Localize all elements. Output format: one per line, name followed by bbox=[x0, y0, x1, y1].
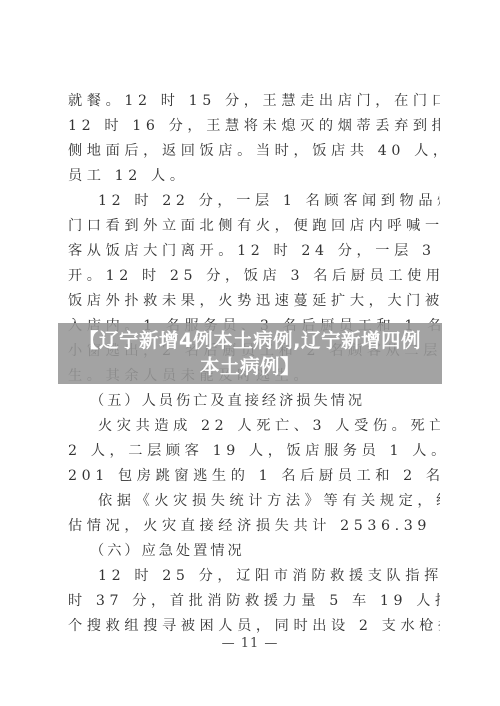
text-line: 客从饭店大门离开。12 时 24 分，一层 3 名服务员通过大门离 bbox=[68, 239, 440, 264]
text-line: 侧地面后，返回饭店。当时，饭店共 40 人，其中顾客 28 人， bbox=[68, 139, 440, 164]
page-number: — 11 — bbox=[0, 636, 500, 651]
paragraph-start-line: 火灾共造成 22 人死亡、3 人受伤。死亡人员中，一层顾客 bbox=[68, 414, 440, 439]
document-page: 就餐。12 时 15 分，王慧走出店门，在门口排风道附近吸烟。 12 时 16 … bbox=[0, 0, 500, 706]
paragraph-start-line: 12 时 22 分，一层 1 名顾客闻到物品烧焦味道，走到饭店 bbox=[68, 189, 440, 214]
text-line: 估情况，火灾直接经济损失共计 2536.39 万元。 bbox=[68, 514, 440, 539]
text-line: 就餐。12 时 15 分，王慧走出店门，在门口排风道附近吸烟。 bbox=[68, 89, 440, 114]
section-heading-emergency-response: （六）应急处置情况 bbox=[68, 539, 440, 564]
text-line: 开。12 时 25 分，饭店 3 名后厨员工使用手提式干粉灭火器到 bbox=[68, 264, 440, 289]
text-line: 201 包房跳窗逃生的 1 名后厨员工和 2 名顾客。 bbox=[68, 464, 440, 489]
headline-overlay-banner: 【辽宁新增4例本土病例,辽宁新增四例 本土病例】 bbox=[58, 323, 442, 384]
text-line: 饭店外扑救未果，火势迅速蔓延扩大，大门被火封死，未再进 bbox=[68, 289, 440, 314]
paragraph-start-line: 12 时 25 分，辽阳市消防救援支队指挥中心接到报警。12 bbox=[68, 564, 440, 589]
headline-title-line-2: 本土病例】 bbox=[58, 354, 442, 380]
text-line: 时 37 分，首批消防救援力量 5 车 19 人抵达现场，迅速部署 2 bbox=[68, 589, 440, 614]
headline-title-line-1: 【辽宁新增4例本土病例,辽宁新增四例 bbox=[58, 328, 442, 354]
paragraph-start-line: 依据《火灾损失统计方法》等有关规定，结合专业机构评 bbox=[68, 489, 440, 514]
text-line: 门口看到外立面北侧有火，便跑回店内呼喊一同就餐的 3 名顾 bbox=[68, 214, 440, 239]
section-heading-casualties: （五）人员伤亡及直接经济损失情况 bbox=[68, 389, 440, 414]
text-line: 12 时 16 分，王慧将未熄灭的烟蒂丢弃到排风道检修口附近北 bbox=[68, 114, 440, 139]
text-line: 2 人，二层顾客 19 人，饭店服务员 1 人。受伤人员为从二层 bbox=[68, 439, 440, 464]
text-line: 员工 12 人。 bbox=[68, 164, 440, 189]
